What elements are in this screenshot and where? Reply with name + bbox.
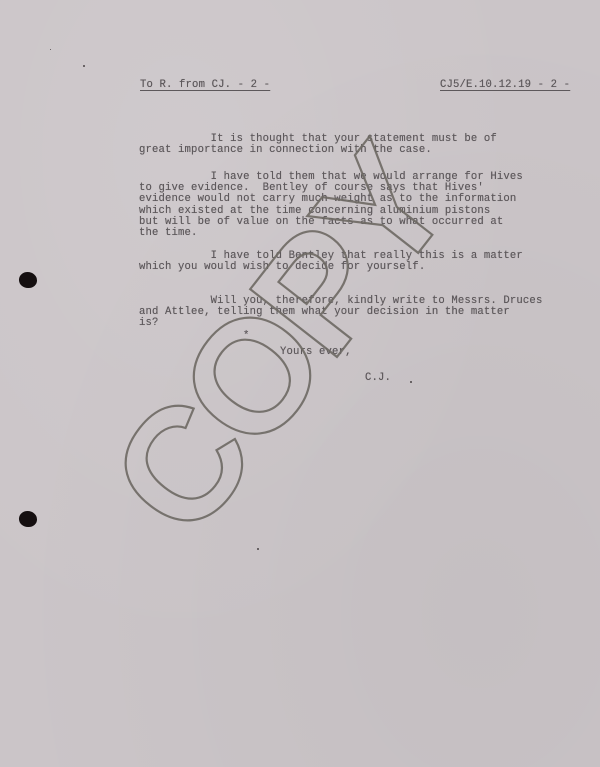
punch-hole-bottom bbox=[19, 511, 37, 527]
paragraph-bentley-decision: I have told Bentley that really this is … bbox=[139, 251, 523, 273]
paper-speck bbox=[50, 49, 51, 50]
paper-speck bbox=[83, 65, 85, 67]
paragraph-write-to-messrs: Will you, therefore, kindly write to Mes… bbox=[139, 296, 542, 330]
paragraph-hives-evidence: I have told them that we would arrange f… bbox=[139, 172, 523, 239]
header-reference: CJ5/E.10.12.19 - 2 - bbox=[440, 80, 570, 91]
header-left: To R. from CJ. - 2 - bbox=[140, 80, 270, 91]
paper-speck bbox=[257, 548, 259, 550]
punch-hole-top bbox=[19, 272, 37, 288]
paragraph-statement-importance: It is thought that your statement must b… bbox=[139, 134, 497, 156]
signature-initials: C.J. bbox=[365, 373, 391, 384]
asterisk-mark: * bbox=[243, 331, 250, 342]
paper-sheet bbox=[0, 0, 600, 767]
closing-salutation: Yours ever, bbox=[280, 347, 352, 358]
paper-speck bbox=[410, 381, 412, 383]
